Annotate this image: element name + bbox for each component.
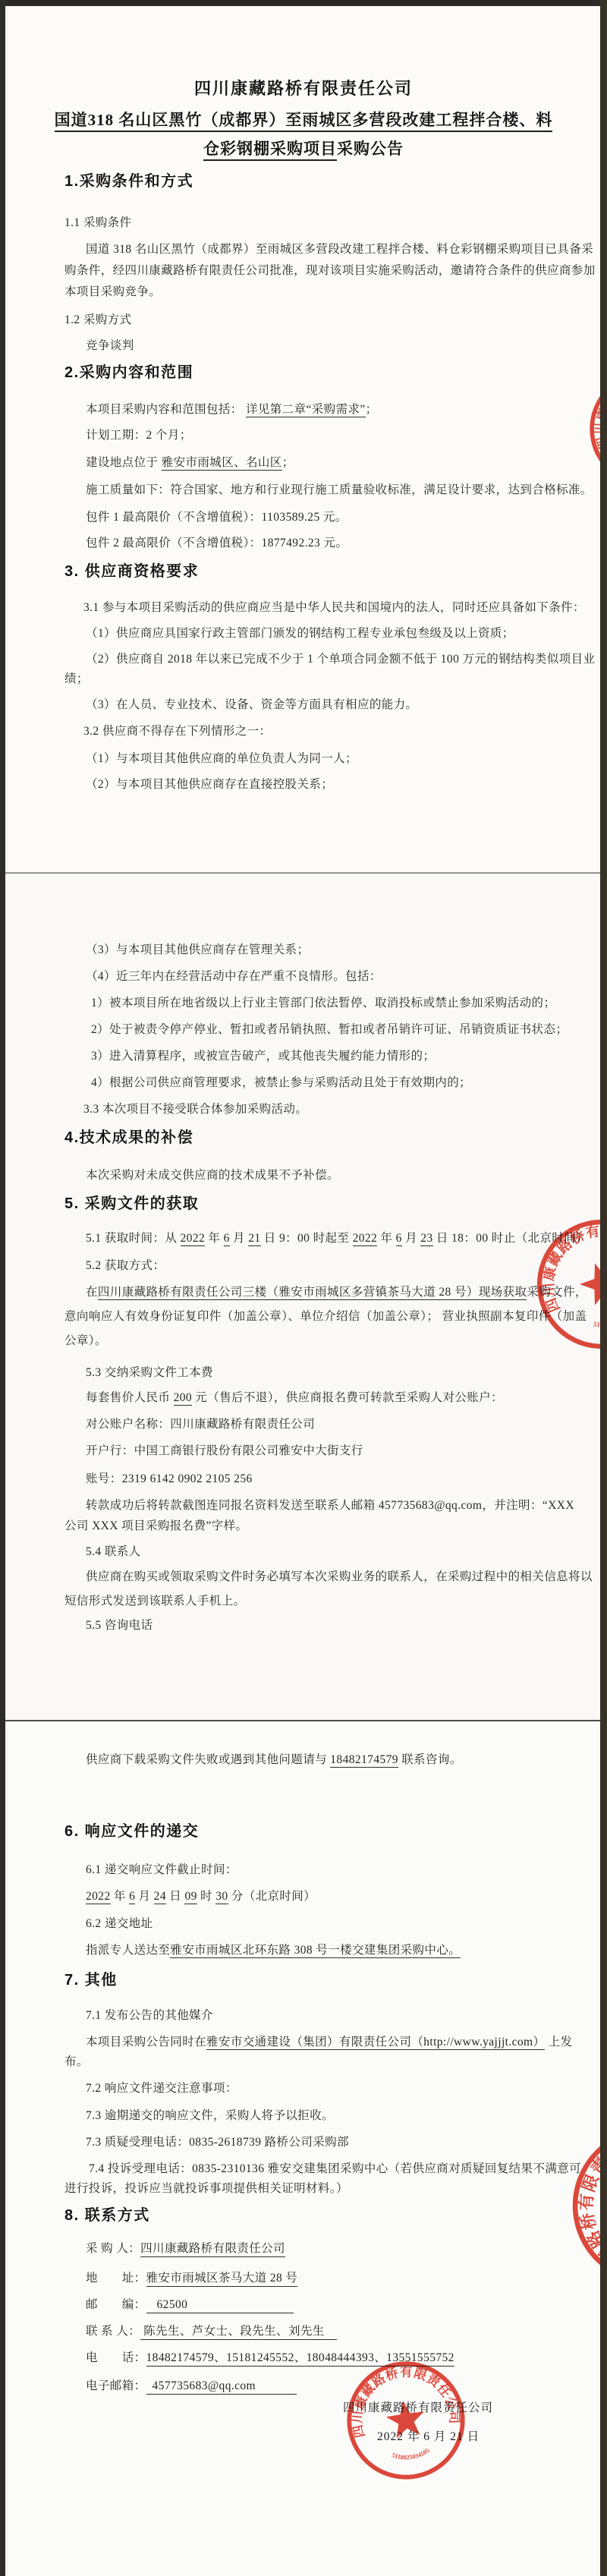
t51-sep5: 月	[402, 1232, 420, 1245]
location-underlined: 雅安市雨城区、名山区	[162, 456, 282, 471]
para-1-line-1: 国道 318 名山区黑竹（成都界）至雨城区多营段改建工程拌合楼、料仓彩钢棚采购项…	[86, 240, 593, 257]
delivery-prefix: 指派专人送达至	[86, 1944, 170, 1957]
condition-1: （1）与本项目其他供应商的单位负责人为同一人；	[86, 749, 357, 766]
obtain-place-underlined: 四川康藏路桥有限责任公司三楼（雅安市雨城区多营镇茶马大道 28 号）现场获取	[98, 1286, 527, 1300]
clause-3-2: 3.2 供应商不得存在下列情形之一：	[83, 722, 271, 738]
scope-suffix: ；	[366, 403, 378, 416]
obtain-prefix: 在	[86, 1286, 98, 1299]
t51-text: 5.1 获取时间：从	[86, 1232, 181, 1245]
persons-value: 陈先生、芦女士、段先生、刘先生	[140, 2322, 337, 2340]
condition-3: （3）与本项目其他供应商存在管理关系；	[86, 940, 309, 957]
address-value: 雅安市雨城区茶马大道 28 号	[146, 2269, 298, 2287]
qualification-2-line-1: （2）供应商自 2018 年以来已完成不少于 1 个单项合同金额不低于 100 …	[86, 650, 595, 666]
fee-suffix: 元（售后不退），供应商报名费可转款至采购人对公账户：	[192, 1391, 503, 1404]
publish-media-line-2: 布。	[64, 2052, 89, 2069]
clause-5-4: 5.4 联系人	[86, 1542, 141, 1559]
t51-sep3: 日 9：00 时起至	[261, 1232, 353, 1245]
seal-star-icon	[384, 2398, 427, 2439]
fee-prefix: 每套售价人民币	[86, 1391, 174, 1404]
page-break-1	[0, 872, 607, 874]
condition-4-4: 4）根据公司供应商管理要求，被禁止参与采购活动且处于有效期内的；	[91, 1073, 471, 1090]
obtain-docs-line-3: 公章）。	[64, 1331, 107, 1348]
t51-sep2: 月	[230, 1232, 248, 1245]
qualification-2-line-2: 绩；	[64, 669, 89, 686]
account-number: 账号：2319 6142 0902 2105 256	[86, 1469, 253, 1486]
t51-year1: 2022	[181, 1232, 206, 1246]
dl-hour: 09	[184, 1890, 197, 1904]
clause-1-2: 1.2 采购方式	[64, 310, 131, 327]
address-label: 地 址：	[86, 2272, 146, 2285]
section-8-heading: 8. 联系方式	[64, 2203, 150, 2225]
company-seal: 四川康藏路桥有限责任公司 5118025034105	[332, 2349, 479, 2492]
buyer-value: 四川康藏路桥有限责任公司	[140, 2239, 285, 2257]
buyer-label: 采 购 人：	[86, 2242, 140, 2255]
obtain-docs-line-2: 意向响应人有效身份证复印件（加盖公章）、单位介绍信（加盖公章）； 营业执照副本复…	[64, 1307, 587, 1324]
clause-7-4-line-2: 进行投诉，投诉应当就投诉事项提供相关证明材料。）	[64, 2179, 348, 2196]
scope-ref-underlined: 详见第二章“采购需求”	[246, 403, 366, 417]
dl-sep1: 年	[111, 1890, 129, 1903]
scope-prefix: 本项目采购内容和范围包括：	[86, 403, 246, 416]
publish-prefix: 本项目采购公告同时在	[86, 2036, 206, 2049]
clause-5-2: 5.2 获取方式：	[86, 1256, 165, 1273]
publish-site-underlined: 雅安市交通建设（集团）有限责任公司（http://www.yajjjt.com）	[206, 2036, 545, 2050]
clause-7-4-line-1: 7.4 投诉受理电话：0835-2310136 雅安交建集团采购中心（若供应商对…	[89, 2159, 581, 2176]
clause-5-5: 5.5 咨询电话	[86, 1616, 153, 1633]
transfer-note-line-2: 公司 XXX 项目采购报名费”字样。	[64, 1516, 247, 1533]
section-5-heading: 5. 采购文件的获取	[64, 1191, 199, 1213]
dl-month: 6	[129, 1890, 135, 1904]
zip-row: 邮 编：62500	[86, 2295, 294, 2313]
delivery-address-underlined: 雅安市雨城区北环东路 308 号一楼交建集团采购中心。	[170, 1944, 461, 1958]
seal-number-arc-text: 5118025034105	[390, 2446, 432, 2463]
project-title-underlined: 国道318 名山区黑竹（成都界）至雨城区多营段改建工程拌合楼、料	[55, 111, 553, 132]
zip-value: 62500	[146, 2298, 294, 2313]
section-2-heading: 2.采购内容和范围	[64, 360, 193, 382]
deadline-line: 2022 年 6 月 24 日 09 时 30 分（北京时间）	[86, 1887, 316, 1904]
seal-number-arc: 5118025034105	[390, 2446, 432, 2463]
price-limit-2: 包件 2 最高限价（不含增值税）：1877492.23 元。	[86, 534, 348, 550]
zip-label: 邮 编：	[86, 2298, 146, 2311]
download-suffix: 联系咨询。	[398, 1753, 462, 1766]
section-4-heading: 4.技术成果的补偿	[64, 1125, 193, 1147]
section-3-heading: 3. 供应商资格要求	[64, 559, 199, 581]
contact-note-line-2: 短信形式发送到该联系人手机上。	[64, 1592, 246, 1608]
company-title: 四川康藏路桥有限责任公司	[0, 76, 607, 99]
clause-5-3: 5.3 交纳采购文件工本费	[86, 1363, 213, 1380]
address-row: 地 址：雅安市雨城区茶马大道 28 号	[86, 2269, 297, 2287]
location-prefix: 建设地点位于	[86, 456, 162, 469]
location-suffix: ；	[282, 456, 294, 469]
section-1-heading: 1.采购条件和方式	[64, 168, 193, 191]
condition-4-1: 1）被本项目所在地省级以上行业主管部门依法暂停、取消投标或禁止参加采购活动的；	[91, 994, 555, 1010]
qualification-1: （1）供应商应具国家行政主管部门颁发的钢结构工程专业承包叁级及以上资质；	[86, 624, 514, 641]
dl-year: 2022	[86, 1890, 111, 1904]
t51-month1: 6	[224, 1232, 230, 1246]
para-1-line-3: 本项目采购竞争。	[64, 282, 161, 299]
clause-3-3: 3.3 本次项目不接受联合体参加采购活动。	[83, 1100, 307, 1116]
account-name: 对公账户名称：四川康藏路桥有限责任公司	[86, 1415, 315, 1431]
transfer-note-line-1: 转款成功后将转款截图连同报名资料发送至联系人邮箱 457735683@qq.co…	[86, 1496, 574, 1513]
project-title-line-2: 仓彩钢棚采购项目采购公告	[0, 137, 607, 159]
t51-sep1: 年	[205, 1232, 223, 1245]
page-break-2	[0, 1720, 607, 1721]
dl-sep2: 月	[135, 1890, 153, 1903]
clause-7-1: 7.1 发布公告的其他媒介	[86, 2006, 213, 2023]
scan-edge-right	[600, 0, 607, 2576]
price-limit-1: 包件 1 最高限价（不含增值税）：1103589.25 元。	[86, 508, 348, 524]
scan-edge-top	[0, 0, 607, 6]
delivery-address-line: 指派专人送达至雅安市雨城区北环东路 308 号一楼交建集团采购中心。	[86, 1941, 461, 1957]
condition-2: （2）与本项目其他供应商存在直接控股关系；	[86, 775, 333, 792]
email-row: 电子邮箱：457735683@qq.com	[86, 2376, 297, 2395]
procurement-method: 竞争谈判	[86, 336, 134, 353]
download-help-line: 供应商下载采购文件失败或遇到其他问题请与 18482174579 联系咨询。	[86, 1750, 462, 1767]
publish-suffix: 上发	[545, 2036, 572, 2049]
fee-amount-underlined: 200	[174, 1391, 192, 1406]
t51-month2: 6	[396, 1232, 402, 1246]
scope-line: 本项目采购内容和范围包括： 详见第二章“采购需求”；	[86, 400, 378, 417]
t51-day2: 23	[420, 1232, 432, 1246]
t51-sep4: 年	[377, 1232, 395, 1245]
condition-4-3: 3）进入清算程序，或被宣告破产，或其他丧失履约能力情形的；	[91, 1047, 435, 1063]
obtain-place-line: 在四川康藏路桥有限责任公司三楼（雅安市雨城区多营镇茶马大道 28 号）现场获取采…	[86, 1283, 587, 1299]
t51-day1: 21	[248, 1232, 260, 1246]
para-1-line-2: 购条件，经四川康藏路桥有限责任公司批准，现对该项目实施采购活动，邀请符合条件的供…	[64, 261, 596, 278]
scanned-procurement-notice: 四川康藏路桥有限责任公司 国道318 名山区黑竹（成都界）至雨城区多营段改建工程…	[0, 0, 607, 2576]
publish-media-line: 本项目采购公告同时在雅安市交通建设（集团）有限责任公司（http://www.y…	[86, 2033, 573, 2049]
clause-7-2: 7.2 响应文件递交注意事项：	[86, 2079, 237, 2096]
clause-7-3a: 7.3 逾期递交的响应文件，采购人将予以拒收。	[86, 2106, 334, 2123]
buyer-row: 采 购 人：四川康藏路桥有限责任公司	[86, 2239, 285, 2257]
clause-3-1: 3.1 参与本项目采购活动的供应商应当是中华人民共和国境内的法人，同时还应具备如…	[83, 598, 585, 615]
t51-year2: 2022	[353, 1232, 378, 1246]
project-title-underlined-2: 仓彩钢棚采购项目	[203, 140, 337, 161]
help-phone-underlined: 18482174579	[330, 1753, 398, 1768]
quality-line: 施工质量如下：符合国家、地方和行业现行施工质量验收标准，满足设计要求，达到合格标…	[86, 480, 593, 497]
contact-note-line-1: 供应商在购买或领取采购文件时务必填写本次采购业务的联系人，在采购过程中的相关信息…	[86, 1567, 593, 1584]
project-title-line-1: 国道318 名山区黑竹（成都界）至雨城区多营段改建工程拌合楼、料	[0, 108, 607, 131]
dl-minute: 30	[215, 1890, 228, 1904]
dl-sep5: 分（北京时间）	[228, 1890, 316, 1903]
section-6-heading: 6. 响应文件的递交	[64, 1819, 199, 1841]
bank-name: 开户行：中国工商银行股份有限公司雅安中大街支行	[86, 1441, 363, 1458]
clause-6-1: 6.1 递交响应文件截止时间：	[86, 1860, 237, 1877]
download-prefix: 供应商下载采购文件失败或遇到其他问题请与	[86, 1753, 330, 1766]
persons-label: 联 系 人：	[86, 2325, 140, 2338]
clause-7-3b: 7.3 质疑受理电话：0835-2618739 路桥公司采购部	[86, 2133, 349, 2149]
plan-duration: 计划工期：2 个月；	[86, 426, 192, 442]
email-label: 电子邮箱：	[86, 2379, 146, 2392]
email-value: 457735683@qq.com	[146, 2379, 297, 2395]
dl-sep3: 日	[166, 1890, 184, 1903]
section-4-paragraph: 本次采购对未成交供应商的技术成果不予补偿。	[86, 1166, 339, 1183]
persons-row: 联 系 人：陈先生、芦女士、段先生、刘先生	[86, 2322, 337, 2340]
qualification-3: （3）在人员、专业技术、设备、资金等方面具有相应的能力。	[86, 695, 417, 712]
fee-line: 每套售价人民币 200 元（售后不退），供应商报名费可转款至采购人对公账户：	[86, 1388, 503, 1405]
condition-4-2: 2）处于被责令停产停业、暂扣或者吊销执照、暂扣或者吊销许可证、吊销资质证书状态；	[91, 1020, 568, 1037]
dl-day: 24	[154, 1890, 166, 1904]
announcement-suffix: 采购公告	[337, 140, 404, 158]
location-line: 建设地点位于 雅安市雨城区、名山区；	[86, 453, 294, 470]
clause-1-1: 1.1 采购条件	[64, 213, 131, 230]
phone-label: 电 话：	[86, 2351, 146, 2364]
clause-6-2: 6.2 递交地址	[86, 1914, 153, 1931]
scan-edge-left	[0, 0, 5, 2576]
condition-4: （4）近三年内在经营活动中存在严重不良情形。包括：	[86, 967, 382, 984]
dl-sep4: 时	[197, 1890, 215, 1903]
section-7-heading: 7. 其他	[64, 1967, 118, 1989]
